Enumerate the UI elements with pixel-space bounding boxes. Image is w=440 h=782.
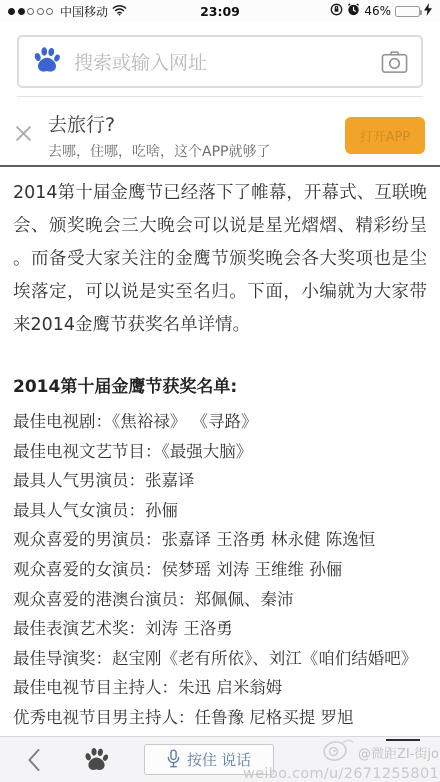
voice-search-button[interactable]: 按住 说话: [144, 744, 274, 775]
status-bar: 中国移动 23:09 46%: [0, 0, 440, 22]
battery-percent-label: 46%: [364, 4, 391, 18]
award-item: 最佳电视文艺节目：《最强大脑》: [13, 437, 427, 467]
back-button[interactable]: [26, 748, 41, 772]
banner-subtitle: 去哪，住哪，吃啥，这个APP就够了: [48, 141, 270, 161]
camera-search-button[interactable]: [381, 50, 408, 74]
award-item: 最佳电视剧：《焦裕禄》 《寻路》: [13, 407, 427, 437]
browser-toolbar: 按住 说话: [0, 736, 440, 782]
award-item: 最佳电视节目主持人：朱迅 启米翁姆: [13, 673, 427, 703]
article-content: 2014第十届金鹰节已经落下了帷幕，开幕式、互联晚会、颁奖晚会三大晚会可以说是星…: [0, 167, 440, 762]
award-item: 最具人气女演员：孙俪: [13, 496, 427, 526]
rotation-lock-icon: [330, 3, 343, 19]
banner-close-icon[interactable]: [15, 125, 32, 146]
banner-title: 去旅行?: [48, 110, 270, 137]
award-item: 最具人气男演员：张嘉译: [13, 466, 427, 496]
article-intro-paragraph: 2014第十届金鹰节已经落下了帷幕，开幕式、互联晚会、颁奖晚会三大晚会可以说是星…: [13, 177, 427, 342]
battery-icon: [395, 6, 420, 17]
award-item: 最佳表演艺术奖：刘涛 王洛勇: [13, 614, 427, 644]
alarm-icon: [347, 3, 360, 19]
baidu-paw-icon: [32, 45, 62, 79]
wifi-icon: [112, 4, 127, 19]
banner-texts: 去旅行? 去哪，住哪，吃啥，这个APP就够了: [48, 110, 270, 161]
voice-button-label: 按住 说话: [187, 749, 251, 770]
signal-carrier-group: 中国移动: [8, 3, 127, 20]
award-item: 观众喜爱的男演员：张嘉译 王洛勇 林永健 陈逸恒: [13, 525, 427, 555]
baidu-home-button[interactable]: [83, 746, 110, 773]
awards-list-heading: 2014第十届金鹰节获奖名单:: [13, 372, 427, 397]
award-item: 观众喜爱的港澳台演员：郑佩佩、秦沛: [13, 585, 427, 615]
search-placeholder: 搜索或输入网址: [74, 48, 207, 75]
charging-bolt-icon: [424, 3, 432, 19]
browser-window: 中国移动 23:09 46%: [0, 0, 440, 782]
award-item: 最佳导演奖：赵宝刚《老有所依》、刘江《咱们结婚吧》: [13, 644, 427, 674]
travel-app-banner: 去旅行? 去哪，住哪，吃啥，这个APP就够了 打开APP: [0, 106, 440, 165]
microphone-icon: [167, 749, 180, 771]
open-app-button[interactable]: 打开APP: [345, 117, 425, 154]
signal-strength-icon: [8, 8, 53, 15]
award-item: 优秀电视节目男主持人：任鲁豫 尼格买提 罗旭: [13, 703, 427, 733]
search-input[interactable]: 搜索或输入网址: [17, 35, 423, 88]
baidu-paw-icon: [83, 746, 110, 773]
awards-list: 最佳电视剧：《焦裕禄》 《寻路》 最佳电视文艺节目：《最强大脑》 最具人气男演员…: [13, 407, 427, 762]
carrier-label: 中国移动: [60, 3, 108, 20]
award-item: 观众喜爱的女演员：侯梦瑶 刘涛 王维维 孙俪: [13, 555, 427, 585]
status-icons-group: 46%: [330, 3, 432, 19]
search-section: 搜索或输入网址: [0, 22, 440, 106]
